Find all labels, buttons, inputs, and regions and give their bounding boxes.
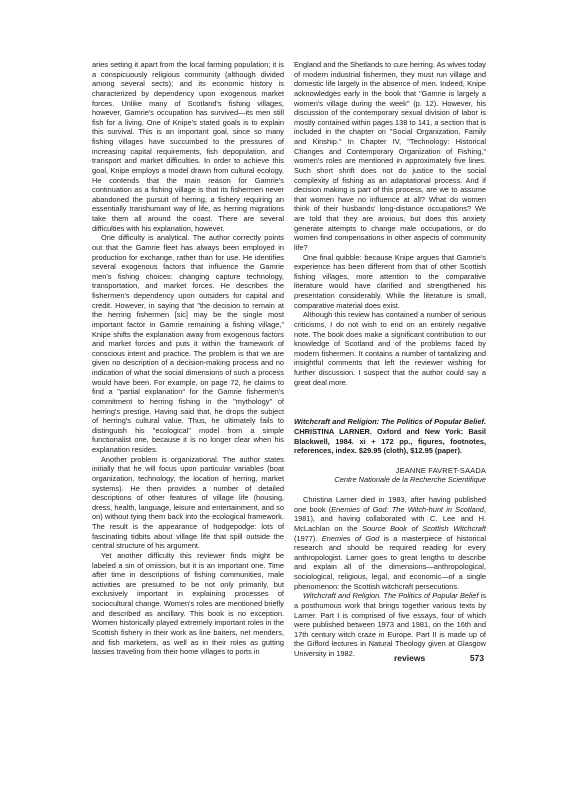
reviewer-name: JEANNE FAVRET-SAADA (294, 466, 486, 476)
left-column: aries setting it apart from the local fa… (92, 60, 284, 657)
paragraph: Witchcraft and Religion. The Politics of… (294, 591, 486, 658)
journal-page: aries setting it apart from the local fa… (0, 0, 576, 792)
paragraph: One final quibble: because Knipe argues … (294, 253, 486, 311)
running-footer-section: reviews (394, 653, 425, 663)
reviewer-institution: Centre Nationale de la Recherche Scienti… (294, 475, 486, 485)
paragraph: Another problem is organizational. The a… (92, 455, 284, 551)
paragraph: Christina Larner died in 1983, after hav… (294, 495, 486, 591)
paragraph: Yet another difficulty this reviewer fin… (92, 551, 284, 657)
book-title: Witchcraft and Religion: The Politics of… (294, 417, 486, 426)
book-details: CHRISTINA LARNER. Oxford and New York: B… (294, 427, 486, 455)
paragraph: England and the Shetlands to cure herrin… (294, 60, 486, 253)
book-citation: Witchcraft and Religion: The Politics of… (294, 417, 486, 456)
page-number: 573 (470, 653, 484, 663)
right-column: England and the Shetlands to cure herrin… (294, 60, 486, 659)
page-footer: reviews 573 (394, 653, 484, 663)
paragraph: One difficulty is analytical. The author… (92, 233, 284, 454)
paragraph: Although this review has contained a num… (294, 310, 486, 387)
reviewer-block: JEANNE FAVRET-SAADA Centre Nationale de … (294, 466, 486, 485)
paragraph: aries setting it apart from the local fa… (92, 60, 284, 233)
